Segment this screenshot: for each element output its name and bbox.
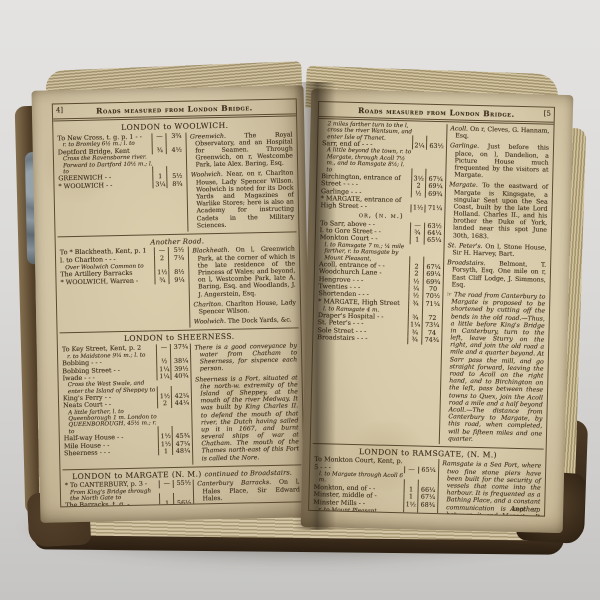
pointing-hand-icon: ☞ <box>446 291 454 298</box>
route-stage-miles: 1 <box>410 237 424 245</box>
route-stage-miles: ½ <box>411 190 425 198</box>
route-place: Broadstairs - - - <box>315 334 407 344</box>
route-row: Nether Court - - 2½ 71¼ <box>311 513 437 516</box>
right-page-body: 2 miles farther turn to the l, cross the… <box>309 119 553 516</box>
note-text: There is a good conveyance by water from… <box>194 342 297 373</box>
notes-column: There is a good conveyance by water from… <box>191 341 301 464</box>
route-stage-miles: 1¼ <box>157 373 171 381</box>
note-text: Near, on r, Charlton House, Lady Spencer… <box>196 170 294 229</box>
road-note: Sheerness is a Fort, situated at the nor… <box>195 374 299 462</box>
note-text: On r, Cleves, G. Hannam, Esq. <box>455 126 549 140</box>
route-row: A little farther, l. to Queenborough 1 m… <box>61 407 192 435</box>
road-note: Greenwich. The Royal Observatory, and an… <box>190 131 293 169</box>
right-page-printed-border: Roads measured from London Bridge. [5 2 … <box>308 101 555 517</box>
route-stage-miles: 2 <box>158 400 172 408</box>
section-title-continuation: continued to Broadstairs. <box>204 468 292 478</box>
right-page-number: [5 <box>544 110 551 118</box>
road-note: Acoll. On r, Cleves, G. Hannam, Esq. <box>450 125 549 142</box>
route-total-miles: 56½ <box>174 500 194 506</box>
route-table: 2 miles farther turn to the l, cross the… <box>313 121 448 444</box>
section-london-to-margate: LONDON to MARGATE (N. M.) continued to B… <box>62 464 302 506</box>
route-total-miles: 48¼ <box>172 448 192 456</box>
route-place: Nether Court - - <box>311 513 403 516</box>
route-row: Sheerness - - - 1 48¼ <box>62 448 193 458</box>
route-stage-miles: 2½ <box>403 515 417 516</box>
catchword: Another <box>510 505 537 514</box>
route-place: Cross the Ravensborne river. Forward to … <box>56 155 153 176</box>
route-stage-miles: — <box>159 480 173 488</box>
road-note: St. Peter's. On l, Stone House, Sir H. H… <box>447 242 546 259</box>
road-note: Woolwich. The Dock Yards, &c. <box>194 317 297 326</box>
route-total-miles: 44¼ <box>172 400 192 408</box>
left-page-number: 4] <box>56 106 63 114</box>
note-text: is a Fort, situated at the north-w. extr… <box>200 374 299 462</box>
section-margate-continued: 2 miles farther turn to the l, cross the… <box>313 120 552 446</box>
road-note: ☞ The road from Canterbury to Margate is… <box>443 291 546 444</box>
road-note: There is a good conveyance by water from… <box>194 342 297 373</box>
notes-column: Canterbury Barracks. On l, Hales Place, … <box>194 478 303 507</box>
section-london-to-woolwich: LONDON to WOOLWICH. To New Cross, t. g. … <box>55 117 296 234</box>
route-stage-miles: — <box>404 466 418 474</box>
route-place: * WOOLWICH, Warren - <box>58 277 155 286</box>
route-total-miles: 55½ <box>173 480 193 488</box>
photo-of-open-road-book: 4] Roads measured from London Bridge. LO… <box>0 0 600 600</box>
section-london-to-sheerness: LONDON to SHEERNESS. To Key Street, Kent… <box>60 328 302 467</box>
route-total-miles <box>417 508 437 515</box>
route-total-miles: 74¾ <box>421 337 441 345</box>
section-title: LONDON to SHEERNESS. <box>124 332 235 343</box>
route-table: To * Blackheath, Kent, p. 1 — 5½ l. to C… <box>58 247 191 331</box>
route-total-miles: 9¼ <box>169 276 189 284</box>
note-text: To the eastward of Margate is Kingsgate,… <box>453 182 548 239</box>
route-stage-miles: 1 <box>159 448 173 456</box>
route-row: * WOOLWICH, Warren - ¾ 9¼ <box>58 276 189 286</box>
route-table: To Key Street, Kent, p. 2 — 37¾ r. to Ma… <box>60 343 194 467</box>
route-stage-miles: 2¼ <box>412 142 426 150</box>
route-total-miles: 4½ <box>166 147 186 155</box>
note-text: The Dock Yards, &c. <box>228 317 292 325</box>
note-term: Woolwich. <box>194 318 226 326</box>
left-page: 4] Roads measured from London Bridge. LO… <box>32 85 313 523</box>
route-table: To New Cross, t. g. p. 1 - - — 3¾ r. to … <box>55 132 189 234</box>
note-text: On l, Sturry Park. <box>221 504 276 507</box>
running-head: Roads measured from London Bridge. <box>96 103 253 115</box>
running-head: Roads measured from London Bridge. <box>358 106 515 119</box>
notes-column: Greenwich. The Royal Observatory, and an… <box>187 130 297 232</box>
route-place: The Barracks, t. g. - <box>63 501 160 507</box>
route-stage-miles: ¾ <box>407 336 421 344</box>
route-stage-miles <box>403 508 417 515</box>
road-note: Charlton. Charlton House, Lady Spencer W… <box>193 299 296 316</box>
route-total-miles: 69¾ <box>425 190 445 198</box>
route-table: To Monkton Court, Kent, p. 5 - - - — 65¼… <box>310 456 439 515</box>
note-text: The road from Canterbury to Margate is p… <box>448 291 546 442</box>
route-stage-miles: 1 <box>160 500 174 506</box>
route-row: The Barracks, t. g. - 1 56½ <box>63 500 194 506</box>
right-page: Roads measured from London Bridge. [5 2 … <box>301 89 574 533</box>
notes-column: Blackheath. On l, Greenwich Park, at the… <box>189 245 298 328</box>
road-note: Blackheath. On l, Greenwich Park, at the… <box>192 246 296 298</box>
route-total-miles: 40¾ <box>171 373 191 381</box>
road-note: Broadstairs. Belmont, T. Forsyth, Esq. O… <box>447 259 547 290</box>
route-table: * To CANTERBURY, p. 3 - — 55½ From King'… <box>63 480 196 506</box>
route-row: * WOOLWICH - - 3¼ 8¾ <box>56 180 187 190</box>
route-stage-miles: ¾ <box>152 147 166 155</box>
route-total-miles: 8¾ <box>167 180 187 188</box>
notes-column: Acoll. On r, Cleves, G. Hannam, Esq. Gar… <box>440 124 552 446</box>
route-stage-miles: ¾ <box>155 277 169 285</box>
route-total-miles: 63½ <box>426 143 446 151</box>
section-another-road: Another Road. To * Blackheath, Kent, p. … <box>58 231 299 330</box>
route-total-miles: 65¼ <box>424 237 444 245</box>
road-note: Garlinge. Just before this place, on l, … <box>449 143 549 181</box>
route-total-miles: 65¼ <box>418 466 438 474</box>
section-title: LONDON to WOOLWICH. <box>121 121 228 132</box>
left-page-body: LONDON to WOOLWICH. To New Cross, t. g. … <box>53 116 304 506</box>
route-place: Sheerness - - - <box>62 448 159 457</box>
road-note: Sturry. On l, Sturry Park. <box>198 503 301 506</box>
route-place: A little farther, l. to Queenborough 1 m… <box>61 408 158 436</box>
route-stage-miles: 3¼ <box>153 181 167 189</box>
section-london-to-ramsgate: LONDON to RAMSGATE, (N. M.) To Monkton C… <box>310 443 544 516</box>
road-note: Canterbury Barracks. On l, Hales Place, … <box>197 479 300 503</box>
note-term: Sturry. <box>198 505 219 506</box>
road-note: Woolwich. Near, on r, Charlton House, La… <box>191 170 295 230</box>
route-place: * WOOLWICH - - <box>56 181 153 190</box>
left-page-printed-border: 4] Roads measured from London Bridge. LO… <box>52 98 305 507</box>
note-term: Acoll. <box>450 125 468 132</box>
route-place: A little beyond the town, r. to Margate,… <box>319 148 412 176</box>
route-place: r. to Mount Pleasant. <box>311 507 403 516</box>
road-note: Margate. To the eastward of Margate is K… <box>448 182 548 242</box>
